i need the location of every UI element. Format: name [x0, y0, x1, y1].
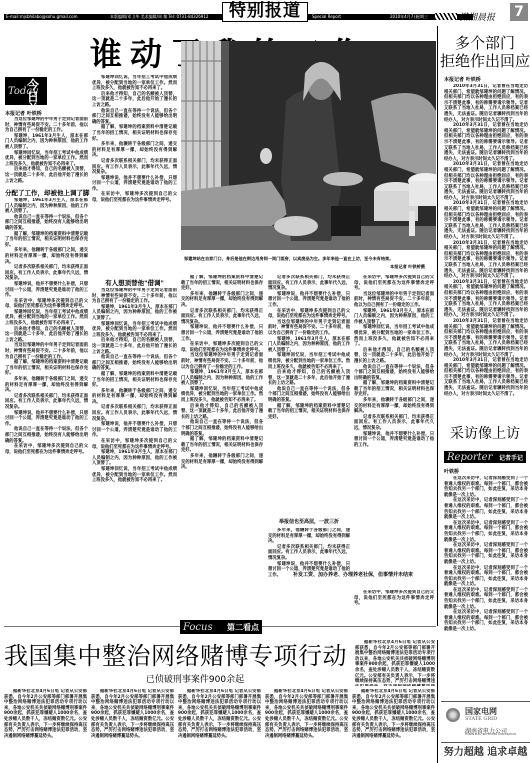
- body-column-5b: 在采访中，邹建坤多次提到自己的父母，说他们至死都在为这件事情奔走呼号。: [354, 590, 434, 620]
- section-title: 特别报道: [222, 2, 308, 22]
- photo-man-in-doorway-icon: [181, 41, 436, 250]
- today-focus-badge: Today 今日关注: [5, 77, 47, 105]
- body-column-2b: 当这位邹建坤的中年男子走到记者面前时，神情有些局促不安。二十多年前，他以为自己拥…: [92, 288, 177, 618]
- body-column-1b: 邹建坤，1961年3月生人，原本在部门人员编制之内，因为种种原因，他的工作被人顶…: [5, 198, 88, 618]
- column-divider: [437, 26, 438, 626]
- ad-company-en: STATE GRID: [465, 716, 497, 722]
- body-column-4a: 记者多次联系相关部门，均未获得正面回应。有工作人员表示，此事年代久远，情况复杂。…: [268, 275, 350, 515]
- page-number: 7: [510, 3, 528, 21]
- body-column-5a: 在采访中，邹建坤多次提到自己的父母，说他们至死都在为这件事情奔走呼号。当这位邹建…: [354, 275, 434, 565]
- page-header: E-mail:mjsbhilabo@sohu.gmail.com 本版编辑/邓卫…: [0, 0, 530, 24]
- header-hatch-decoration: [435, 13, 457, 20]
- reporter-notes-badge: Reporter 记者手记: [444, 451, 526, 463]
- state-grid-logo-icon: [446, 708, 460, 722]
- second-focus-badge: Focus 第二看点: [180, 620, 262, 634]
- body-column-1a: 当这位邹建坤的中年男子走到记者面前时，神情有些局促不安。二十多年前，他以为自己拥…: [5, 117, 88, 185]
- second-headline: 我国集中整治网络赌博专项行动: [4, 641, 344, 671]
- main-byline: 本报记者 叶铁桥: [5, 110, 42, 117]
- state-grid-ad[interactable]: 国家电网 STATE GRID 湖南省电力公司 HUNAN ELECTRIC P…: [441, 701, 530, 763]
- sidebar-body: 2010年3月31日，记者曾在当地走访相关部门，希望就邹建坤的问题了解情况。但相…: [444, 84, 528, 422]
- second-body-col-4: 据新华社北京4月6日电 记者从公安部获悉，自今年2月公安部等部门部署开展集中整治…: [265, 689, 348, 763]
- subhead-3: 举报信也至高层，一波三折: [268, 518, 350, 525]
- column-divider-bottom: [437, 640, 438, 763]
- subhead-2: 有人想顶替他"借调": [92, 278, 177, 287]
- second-body-col-2: 据新华社北京4月6日电 记者从公安部获悉，自今年2月公安部等部门部署开展集中整治…: [91, 689, 174, 763]
- subhead-4: 补发工资、加办养老、办理养老社保，但事情并未结束: [270, 571, 436, 579]
- photo-caption: 邹建坤站在自家门口，身后是他在街边用房间一间门面房，以卖废品为生。多年来他一直在…: [184, 256, 434, 262]
- header-weekday: 星期三: [416, 14, 428, 20]
- section-en: Special Report: [312, 14, 341, 20]
- sidebar-headline-2: 采访像上访: [440, 425, 530, 443]
- header-email: E-mail:mjsbhilabo@sohu.gmail.com: [6, 14, 78, 20]
- body-column-2a: 邹建坤回忆说，当年招工考试中他成绩优异，被分配到当地的一家单位工作。然而上班没多…: [92, 75, 177, 275]
- body-column-3: 据了解，邹建坤的档案资料中清楚记载了当年的招工情况，相关证明材料也保存完好。多年…: [181, 275, 263, 620]
- subhead-1: 分配了工作，却被他上调了脚: [5, 188, 88, 197]
- second-body-col-1: 据新华社北京4月6日电 记者从公安部获悉，自今年2月公安部等部门部署开展集中整治…: [4, 689, 87, 763]
- second-body-col-3: 据新华社北京4月6日电 记者从公安部获悉，自今年2月公安部等部门部署开展集中整治…: [178, 689, 261, 763]
- sidebar-byline: 本报记者 叶铁桥: [444, 76, 481, 83]
- sidebar-headline: 多个部门 拒绝作出回应: [440, 34, 530, 70]
- paper-logo: 潇湘晨报: [459, 10, 495, 23]
- photo-credit: 本报记者 叶铁桥摄: [390, 264, 425, 270]
- header-date: 2010年4月7日: [390, 14, 417, 20]
- header-editors: 本版编辑/邓卫华 美术编辑/周 黎 Tel: 0731-84326912: [110, 14, 208, 20]
- sidebar-body-2: 在这次采访中，记者深刻感受到了一个普通人维权的艰难。每到一个部门，都会被告知去找…: [444, 476, 528, 698]
- news-photo: [181, 41, 436, 250]
- second-body-top-right: 据新华社北京4月6日电 记者从公安部获悉，自今年2月公安部等部门部署开展集中整治…: [355, 640, 435, 686]
- ad-slogan: 努力超越 追求卓越: [441, 742, 530, 763]
- second-body-col-5: 据新华社北京4月6日电 记者从公安部获悉，自今年2月公安部等部门部署开展集中整治…: [352, 689, 435, 763]
- ad-branch-en: HUNAN ELECTRIC POWER CORPORATION: [465, 733, 516, 736]
- second-subheadline: 已侦破刑事案件900余起: [120, 674, 270, 686]
- sidebar-byline-2: 叶铁桥: [444, 468, 459, 475]
